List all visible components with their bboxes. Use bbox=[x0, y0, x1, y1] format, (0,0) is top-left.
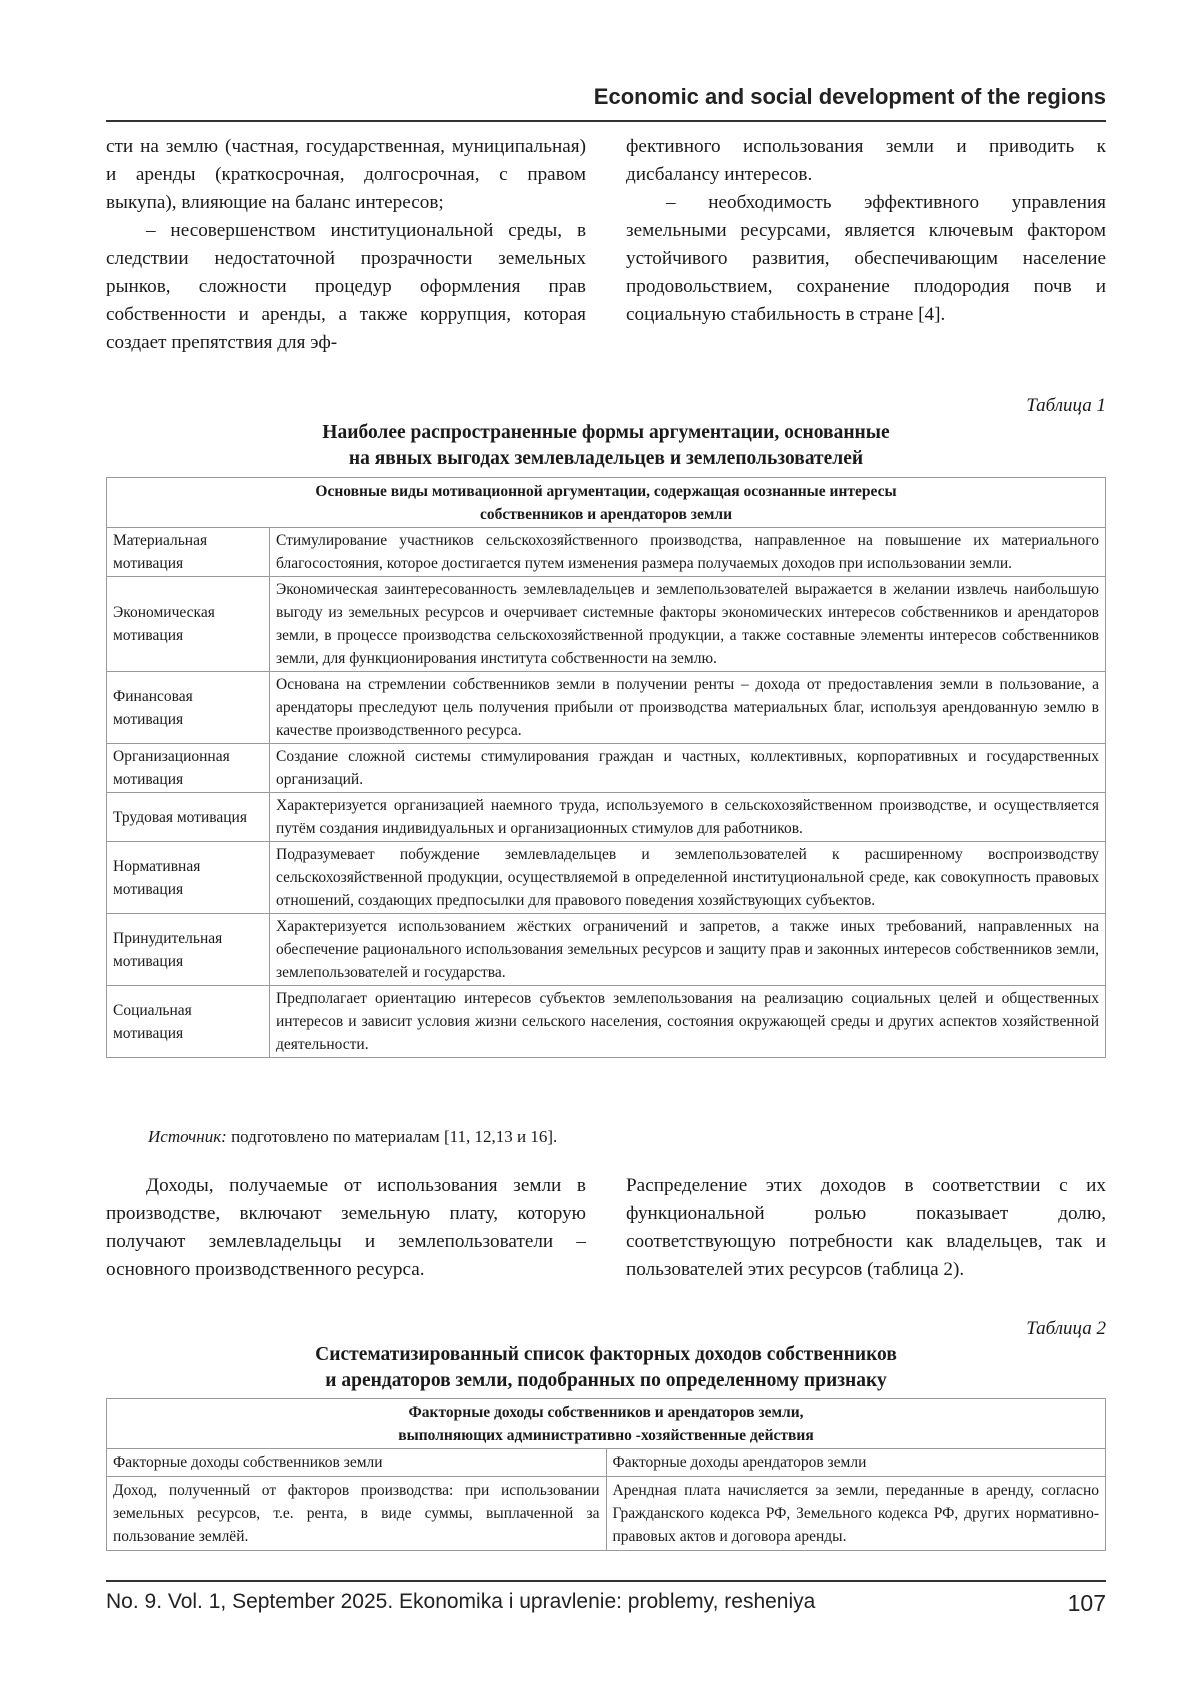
motivation-type: Организационная мотивация bbox=[107, 744, 270, 793]
table-row: Принудительная мотивацияХарактеризуется … bbox=[107, 914, 1106, 986]
paragraph: – несовершенством институциональной сред… bbox=[106, 217, 586, 357]
table1-title-line2: на явных выгодах землевладельцев и земле… bbox=[106, 446, 1106, 472]
table1-title-line1: Наиболее распространенные формы аргумент… bbox=[106, 420, 1106, 446]
journal-citation: No. 9. Vol. 1, September 2025. Ekonomika… bbox=[106, 1590, 815, 1613]
source-text: подготовлено по материалам [11, 12,13 и … bbox=[227, 1127, 557, 1146]
mid-text-columns: Доходы, получаемые от использования земл… bbox=[106, 1172, 1106, 1284]
top-left-column: сти на землю (частная, государственная, … bbox=[106, 133, 586, 357]
table1: Основные виды мотивационной аргументации… bbox=[106, 477, 1106, 1058]
journal-section-title: Economic and social development of the r… bbox=[594, 84, 1106, 110]
table2-owners-income: Доход, полученный от факторов производст… bbox=[107, 1477, 607, 1551]
motivation-description: Характеризуется организацией наемного тр… bbox=[270, 793, 1106, 842]
table2-header-line1: Факторные доходы собственников и арендат… bbox=[113, 1401, 1099, 1424]
motivation-type: Социальная мотивация bbox=[107, 986, 270, 1058]
table-row: Доход, полученный от факторов производст… bbox=[107, 1477, 1106, 1551]
footer-divider bbox=[106, 1580, 1106, 1582]
table2-col-header-tenants: Факторные доходы арендаторов земли bbox=[606, 1449, 1106, 1477]
table1-header-line2: собственников и арендаторов земли bbox=[113, 503, 1099, 526]
paragraph: Доходы, получаемые от использования земл… bbox=[106, 1172, 586, 1284]
motivation-description: Экономическая заинтересованность землевл… bbox=[270, 577, 1106, 672]
motivation-type: Трудовая мотивация bbox=[107, 793, 270, 842]
table-row: Социальная мотивацияПредполагает ориента… bbox=[107, 986, 1106, 1058]
table2-tenants-income: Арендная плата начисляется за земли, пер… bbox=[606, 1477, 1106, 1551]
motivation-description: Стимулирование участников сельскохозяйст… bbox=[270, 528, 1106, 577]
top-right-column: фективного использования земли и приводи… bbox=[626, 133, 1106, 357]
table2-col-header-row: Факторные доходы собственников земли Фак… bbox=[107, 1449, 1106, 1477]
table-row: Нормативная мотивацияПодразумевает побуж… bbox=[107, 842, 1106, 914]
table2-header: Факторные доходы собственников и арендат… bbox=[107, 1399, 1106, 1449]
paragraph: фективного использования земли и приводи… bbox=[626, 133, 1106, 189]
table-row: Организационная мотивацияСоздание сложно… bbox=[107, 744, 1106, 793]
table2-label: Таблица 2 bbox=[1026, 1318, 1106, 1340]
paragraph: сти на землю (частная, государственная, … bbox=[106, 133, 586, 217]
running-footer: No. 9. Vol. 1, September 2025. Ekonomika… bbox=[106, 1590, 1106, 1614]
motivation-description: Подразумевает побуждение землевладельцев… bbox=[270, 842, 1106, 914]
table2: Факторные доходы собственников и арендат… bbox=[106, 1398, 1106, 1551]
table2-title: Систематизированный список факторных дох… bbox=[106, 1342, 1106, 1394]
table2-title-line2: и арендаторов земли, подобранных по опре… bbox=[106, 1368, 1106, 1394]
motivation-type: Нормативная мотивация bbox=[107, 842, 270, 914]
motivation-type: Экономическая мотивация bbox=[107, 577, 270, 672]
table-row: Экономическая мотивацияЭкономическая заи… bbox=[107, 577, 1106, 672]
table2-header-line2: выполняющих административно -хозяйственн… bbox=[113, 1424, 1099, 1447]
table-row: Материальная мотивацияСтимулирование уча… bbox=[107, 528, 1106, 577]
running-header: Economic and social development of the r… bbox=[106, 82, 1106, 122]
motivation-type: Финансовая мотивация bbox=[107, 672, 270, 744]
table-row: Финансовая мотивацияОснована на стремлен… bbox=[107, 672, 1106, 744]
motivation-description: Характеризуется использованием жёстких о… bbox=[270, 914, 1106, 986]
table1-header-line1: Основные виды мотивационной аргументации… bbox=[113, 480, 1099, 503]
table2-title-line1: Систематизированный список факторных дох… bbox=[106, 1342, 1106, 1368]
table2-col-header-owners: Факторные доходы собственников земли bbox=[107, 1449, 607, 1477]
motivation-description: Создание сложной системы стимулирования … bbox=[270, 744, 1106, 793]
source-label: Источник: bbox=[148, 1127, 227, 1146]
table1-label: Таблица 1 bbox=[1026, 395, 1106, 417]
paragraph: – необходимость эффективного управления … bbox=[626, 189, 1106, 329]
mid-right-column: Распределение этих доходов в соответстви… bbox=[626, 1172, 1106, 1284]
motivation-type: Принудительная мотивация bbox=[107, 914, 270, 986]
page-number: 107 bbox=[1068, 1590, 1106, 1617]
paragraph: Распределение этих доходов в соответстви… bbox=[626, 1172, 1106, 1284]
table-row: Трудовая мотивацияХарактеризуется органи… bbox=[107, 793, 1106, 842]
table1-title: Наиболее распространенные формы аргумент… bbox=[106, 420, 1106, 472]
table1-header: Основные виды мотивационной аргументации… bbox=[107, 478, 1106, 528]
header-divider bbox=[106, 120, 1106, 122]
mid-left-column: Доходы, получаемые от использования земл… bbox=[106, 1172, 586, 1284]
motivation-type: Материальная мотивация bbox=[107, 528, 270, 577]
top-text-columns: сти на землю (частная, государственная, … bbox=[106, 133, 1106, 357]
motivation-description: Основана на стремлении собственников зем… bbox=[270, 672, 1106, 744]
table1-source: Источник: подготовлено по материалам [11… bbox=[148, 1127, 557, 1147]
motivation-description: Предполагает ориентацию интересов субъек… bbox=[270, 986, 1106, 1058]
